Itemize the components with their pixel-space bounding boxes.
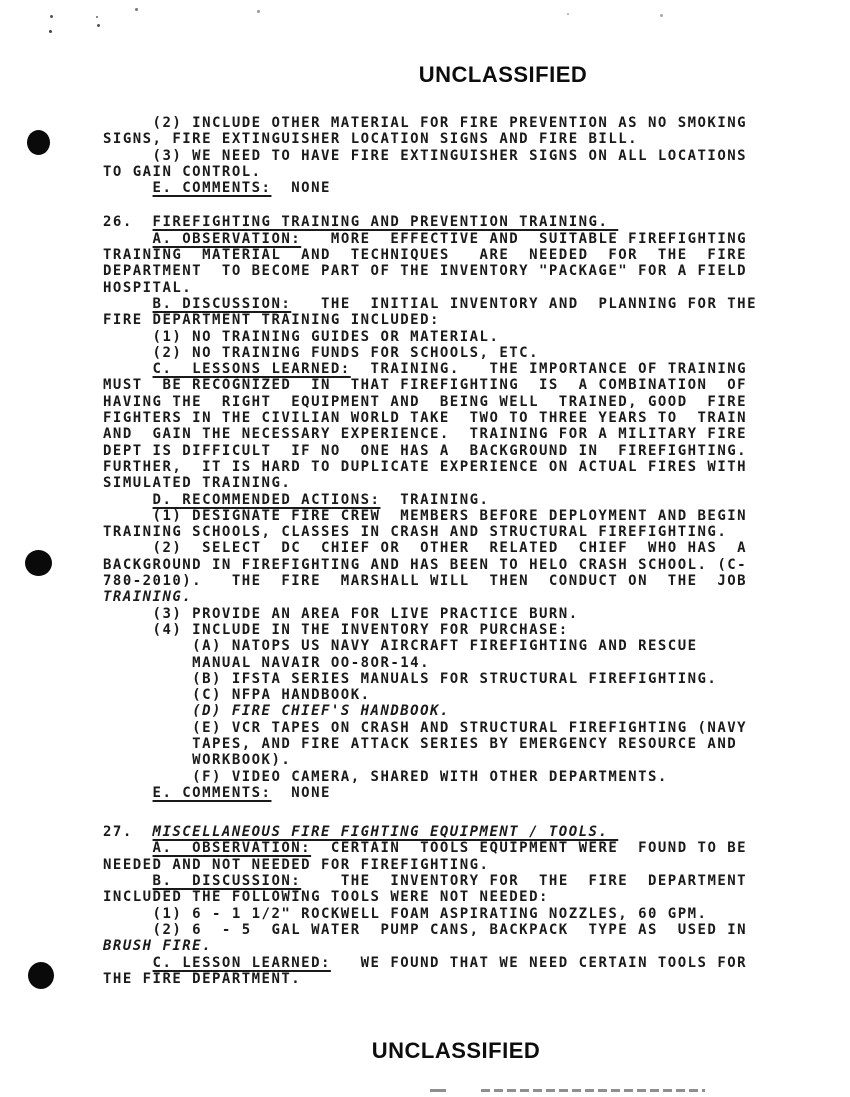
text-segment: AND GAIN THE NECESSARY EXPERIENCE. TRAIN… <box>103 426 747 442</box>
scan-speck <box>49 30 52 33</box>
document-line: (E) VCR TAPES ON CRASH AND STRUCTURAL FI… <box>103 720 757 736</box>
document-line: (1) 6 - 1 1/2" ROCKWELL FOAM ASPIRATING … <box>103 906 757 922</box>
text-segment <box>103 180 153 196</box>
document-line: 27. MISCELLANEOUS FIRE FIGHTING EQUIPMEN… <box>103 824 757 840</box>
text-segment <box>103 361 153 377</box>
text-segment: DEPARTMENT TO BECOME PART OF THE INVENTO… <box>103 263 747 279</box>
scan-speck <box>96 16 98 18</box>
document-line: E. COMMENTS: NONE <box>103 180 757 196</box>
document-line: FIRE DEPARTMENT TRAINING INCLUDED: <box>103 312 757 328</box>
document-line: (A) NATOPS US NAVY AIRCRAFT FIREFIGHTING… <box>103 638 757 654</box>
scan-speck <box>567 13 569 15</box>
text-segment <box>103 231 153 247</box>
document-line: (2) 6 - 5 GAL WATER PUMP CANS, BACKPACK … <box>103 922 757 938</box>
text-segment: (2) SELECT DC CHIEF OR OTHER RELATED CHI… <box>103 540 747 556</box>
text-segment: FIREFIGHTING TRAINING AND PREVENTION TRA… <box>153 214 619 230</box>
document-line: A. OBSERVATION: MORE EFFECTIVE AND SUITA… <box>103 231 757 247</box>
text-segment: MISCELLANEOUS FIRE FIGHTING EQUIPMENT / … <box>153 824 619 840</box>
text-segment: 780-2010). THE FIRE MARSHALL WILL THEN C… <box>103 573 747 589</box>
text-segment: NONE <box>271 180 330 196</box>
text-segment: B. DISCUSSION: <box>153 873 302 889</box>
text-segment: 26. <box>103 214 153 230</box>
document-line: (B) IFSTA SERIES MANUALS FOR STRUCTURAL … <box>103 671 757 687</box>
text-segment: WE FOUND THAT WE NEED CERTAIN TOOLS FOR <box>331 955 747 971</box>
text-segment: SIGNS, FIRE EXTINGUISHER LOCATION SIGNS … <box>103 131 638 147</box>
document-line: NEEDED AND NOT NEEDED FOR FIREFIGHTING. <box>103 857 757 873</box>
text-segment: HOSPITAL. <box>103 280 192 296</box>
text-segment: INCLUDED THE FOLLOWING TOOLS WERE NOT NE… <box>103 889 549 905</box>
text-segment <box>103 955 153 971</box>
document-line: (4) INCLUDE IN THE INVENTORY FOR PURCHAS… <box>103 622 757 638</box>
text-segment: (2) INCLUDE OTHER MATERIAL FOR FIRE PREV… <box>103 115 747 131</box>
text-segment: 27. <box>103 824 153 840</box>
text-segment: (F) VIDEO CAMERA, SHARED WITH OTHER DEPA… <box>103 769 668 785</box>
document-line: TRAINING. <box>103 589 757 605</box>
document-line: TAPES, AND FIRE ATTACK SERIES BY EMERGEN… <box>103 736 757 752</box>
document-line: A. OBSERVATION: CERTAIN TOOLS EQUIPMENT … <box>103 840 757 856</box>
document-line: SIGNS, FIRE EXTINGUISHER LOCATION SIGNS … <box>103 131 757 147</box>
text-segment <box>103 296 153 312</box>
document-line: (F) VIDEO CAMERA, SHARED WITH OTHER DEPA… <box>103 769 757 785</box>
text-segment: (A) NATOPS US NAVY AIRCRAFT FIREFIGHTING… <box>103 638 698 654</box>
text-segment: (E) VCR TAPES ON CRASH AND STRUCTURAL FI… <box>103 720 747 736</box>
document-line: FURTHER, IT IS HARD TO DUPLICATE EXPERIE… <box>103 459 757 475</box>
text-segment <box>103 785 153 801</box>
document-line: (D) FIRE CHIEF'S HANDBOOK. <box>103 703 757 719</box>
text-segment: A. OBSERVATION: <box>153 840 312 856</box>
document-line: (2) SELECT DC CHIEF OR OTHER RELATED CHI… <box>103 540 757 556</box>
document-line: TO GAIN CONTROL. <box>103 164 757 180</box>
document-line: THE FIRE DEPARTMENT. <box>103 971 757 987</box>
text-segment: (B) IFSTA SERIES MANUALS FOR STRUCTURAL … <box>103 671 717 687</box>
document-line: INCLUDED THE FOLLOWING TOOLS WERE NOT NE… <box>103 889 757 905</box>
text-segment: D. RECOMMENDED ACTIONS: <box>153 492 381 508</box>
document-line: (2) INCLUDE OTHER MATERIAL FOR FIRE PREV… <box>103 115 757 131</box>
scan-speck <box>50 15 53 18</box>
document-line: BACKGROUND IN FIREFIGHTING AND HAS BEEN … <box>103 557 757 573</box>
section-27: 27. MISCELLANEOUS FIRE FIGHTING EQUIPMEN… <box>103 824 757 987</box>
text-segment: (C) NFPA HANDBOOK. <box>103 687 371 703</box>
document-line: C. LESSON LEARNED: WE FOUND THAT WE NEED… <box>103 955 757 971</box>
text-segment: MORE EFFECTIVE AND SUITABLE FIREFIGHTING <box>301 231 747 247</box>
document-line: BRUSH FIRE. <box>103 938 757 954</box>
text-segment: (1) NO TRAINING GUIDES OR MATERIAL. <box>103 329 499 345</box>
text-segment: TRAINING MATERIAL AND TECHNIQUES ARE NEE… <box>103 247 747 263</box>
text-segment: A. OBSERVATION: <box>153 231 302 247</box>
section-25-tail: (2) INCLUDE OTHER MATERIAL FOR FIRE PREV… <box>103 115 757 196</box>
document-line: (3) WE NEED TO HAVE FIRE EXTINGUISHER SI… <box>103 148 757 164</box>
text-segment: TO GAIN CONTROL. <box>103 164 262 180</box>
scan-speck <box>135 8 138 11</box>
hole-punch-mark <box>28 962 54 989</box>
text-segment: (1) 6 - 1 1/2" ROCKWELL FOAM ASPIRATING … <box>103 906 707 922</box>
scan-speck <box>257 10 260 13</box>
text-segment <box>103 492 153 508</box>
document-line: C. LESSONS LEARNED: TRAINING. THE IMPORT… <box>103 361 757 377</box>
text-segment: E. COMMENTS: <box>153 785 272 801</box>
text-segment: (2) 6 - 5 GAL WATER PUMP CANS, BACKPACK … <box>103 922 747 938</box>
text-segment: THE FIRE DEPARTMENT. <box>103 971 301 987</box>
document-line: FIGHTERS IN THE CIVILIAN WORLD TAKE TWO … <box>103 410 757 426</box>
section-26: 26. FIREFIGHTING TRAINING AND PREVENTION… <box>103 214 757 801</box>
text-segment <box>103 873 153 889</box>
document-line: D. RECOMMENDED ACTIONS: TRAINING. <box>103 492 757 508</box>
text-segment: THE INVENTORY FOR THE FIRE DEPARTMENT <box>301 873 747 889</box>
text-segment: THE INITIAL INVENTORY AND PLANNING FOR T… <box>291 296 757 312</box>
text-segment: C. LESSONS LEARNED: <box>153 361 351 377</box>
text-segment: TRAINING SCHOOLS, CLASSES IN CRASH AND S… <box>103 524 727 540</box>
document-line: HOSPITAL. <box>103 280 757 296</box>
document-line: DEPT IS DIFFICULT IF NO ONE HAS A BACKGR… <box>103 443 757 459</box>
text-segment: SIMULATED TRAINING. <box>103 475 291 491</box>
document-line: 26. FIREFIGHTING TRAINING AND PREVENTION… <box>103 214 757 230</box>
text-segment: NONE <box>271 785 330 801</box>
document-line: (C) NFPA HANDBOOK. <box>103 687 757 703</box>
text-segment: FIGHTERS IN THE CIVILIAN WORLD TAKE TWO … <box>103 410 747 426</box>
text-segment: (1) DESIGNATE FIRE CREW MEMBERS BEFORE D… <box>103 508 747 524</box>
document-line: (1) NO TRAINING GUIDES OR MATERIAL. <box>103 329 757 345</box>
document-page: UNCLASSIFIED (2) INCLUDE OTHER MATERIAL … <box>0 0 850 1097</box>
document-line: B. DISCUSSION: THE INITIAL INVENTORY AND… <box>103 296 757 312</box>
document-line: DEPARTMENT TO BECOME PART OF THE INVENTO… <box>103 263 757 279</box>
text-segment: (D) FIRE CHIEF'S HANDBOOK. <box>192 703 450 719</box>
text-segment: TAPES, AND FIRE ATTACK SERIES BY EMERGEN… <box>103 736 737 752</box>
text-segment: MUST BE RECOGNIZED IN THAT FIREFIGHTING … <box>103 377 747 393</box>
text-segment: CERTAIN TOOLS EQUIPMENT WERE FOUND TO BE <box>311 840 747 856</box>
text-segment: DEPT IS DIFFICULT IF NO ONE HAS A BACKGR… <box>103 443 747 459</box>
text-segment: C. LESSON LEARNED: <box>153 955 331 971</box>
document-line: 780-2010). THE FIRE MARSHALL WILL THEN C… <box>103 573 757 589</box>
text-segment: TRAINING. THE IMPORTANCE OF TRAINING <box>351 361 747 377</box>
text-segment: TRAINING. <box>103 589 192 605</box>
text-segment: FIRE DEPARTMENT TRAINING INCLUDED: <box>103 312 440 328</box>
document-line: SIMULATED TRAINING. <box>103 475 757 491</box>
text-segment: BACKGROUND IN FIREFIGHTING AND HAS BEEN … <box>103 557 747 573</box>
document-line: B. DISCUSSION: THE INVENTORY FOR THE FIR… <box>103 873 757 889</box>
text-segment: TRAINING. <box>380 492 489 508</box>
document-line: TRAINING SCHOOLS, CLASSES IN CRASH AND S… <box>103 524 757 540</box>
classification-header: UNCLASSIFIED <box>419 62 588 88</box>
document-line: (1) DESIGNATE FIRE CREW MEMBERS BEFORE D… <box>103 508 757 524</box>
text-segment: FURTHER, IT IS HARD TO DUPLICATE EXPERIE… <box>103 459 747 475</box>
text-segment: NEEDED AND NOT NEEDED FOR FIREFIGHTING. <box>103 857 489 873</box>
document-line: HAVING THE RIGHT EQUIPMENT AND BEING WEL… <box>103 394 757 410</box>
document-line: E. COMMENTS: NONE <box>103 785 757 801</box>
text-segment: B. DISCUSSION: <box>153 296 292 312</box>
scan-dash-artifact <box>481 1089 705 1092</box>
text-segment: (4) INCLUDE IN THE INVENTORY FOR PURCHAS… <box>103 622 569 638</box>
scan-speck <box>97 24 100 27</box>
document-line: WORKBOOK). <box>103 752 757 768</box>
document-body: (2) INCLUDE OTHER MATERIAL FOR FIRE PREV… <box>103 115 757 987</box>
text-segment <box>103 703 192 719</box>
document-line: (3) PROVIDE AN AREA FOR LIVE PRACTICE BU… <box>103 606 757 622</box>
text-segment: BRUSH FIRE. <box>103 938 212 954</box>
scan-speck <box>660 14 663 17</box>
text-segment: (3) PROVIDE AN AREA FOR LIVE PRACTICE BU… <box>103 606 579 622</box>
text-segment: (3) WE NEED TO HAVE FIRE EXTINGUISHER SI… <box>103 148 747 164</box>
document-line: MUST BE RECOGNIZED IN THAT FIREFIGHTING … <box>103 377 757 393</box>
hole-punch-mark <box>27 130 50 155</box>
classification-footer: UNCLASSIFIED <box>372 1038 541 1064</box>
text-segment: HAVING THE RIGHT EQUIPMENT AND BEING WEL… <box>103 394 747 410</box>
document-line: MANUAL NAVAIR OO-8OR-14. <box>103 655 757 671</box>
text-segment: WORKBOOK). <box>103 752 291 768</box>
scan-dash-artifact <box>430 1089 446 1092</box>
hole-punch-mark <box>25 550 52 576</box>
document-line: (2) NO TRAINING FUNDS FOR SCHOOLS, ETC. <box>103 345 757 361</box>
text-segment <box>103 840 153 856</box>
document-line: AND GAIN THE NECESSARY EXPERIENCE. TRAIN… <box>103 426 757 442</box>
text-segment: MANUAL NAVAIR OO-8OR-14. <box>103 655 430 671</box>
document-line: TRAINING MATERIAL AND TECHNIQUES ARE NEE… <box>103 247 757 263</box>
text-segment: E. COMMENTS: <box>153 180 272 196</box>
text-segment: (2) NO TRAINING FUNDS FOR SCHOOLS, ETC. <box>103 345 539 361</box>
